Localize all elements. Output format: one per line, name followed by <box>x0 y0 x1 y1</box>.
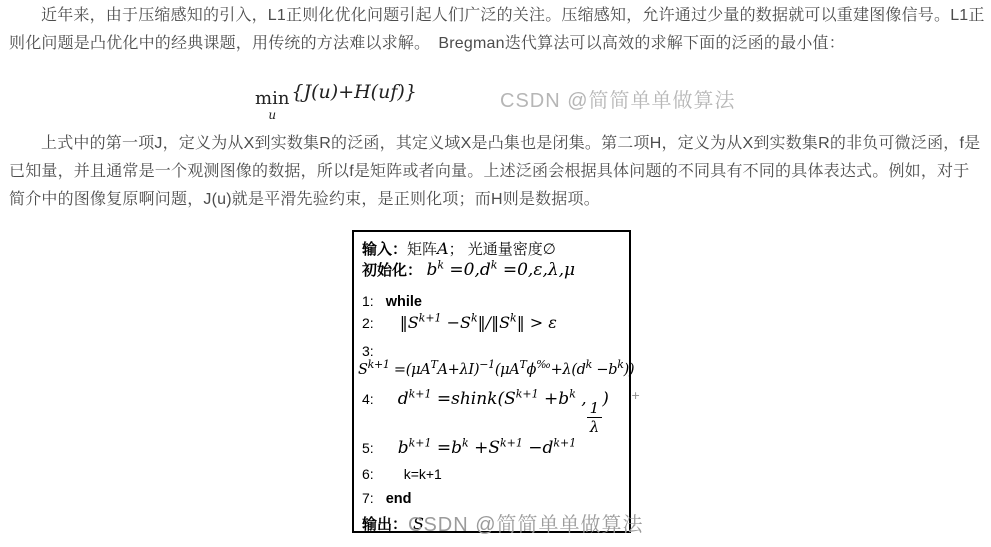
algo-line-4-number: 4: <box>362 391 374 407</box>
algo-input-variable: A <box>437 239 449 258</box>
algo-input-post: ； 光通量密度∅ <box>449 241 556 258</box>
algo-s-update-row: Sk+1 =(μATA+λI)−1(μATϕ‰+λ(dk −bk)) <box>358 361 634 379</box>
cursor-artifact: + <box>631 389 640 402</box>
formula-body: {J(u)+H(uf)} <box>291 81 416 103</box>
algo-input-row: 输入：矩阵A； 光通量密度∅ <box>362 238 556 259</box>
algo-k-increment: k=k+1 <box>404 466 442 482</box>
paragraph-explanation-line2: 已知量，并且通常是一个观测图像的数据，所以f是矩阵或者向量。上述泛函会根据具体问… <box>9 158 985 186</box>
paragraph-intro-line1: 近年来，由于压缩感知的引入，L1正则化优化问题引起人们广泛的关注。压缩感知，允许… <box>9 2 985 30</box>
paragraph-intro: 近年来，由于压缩感知的引入，L1正则化优化问题引起人们广泛的关注。压缩感知，允许… <box>9 2 985 58</box>
algo-input-label: 输入： <box>362 241 407 258</box>
algo-line-6-number: 6: <box>362 466 374 482</box>
algo-line-2-number: 2: <box>362 315 374 331</box>
min-subscript: u <box>268 109 276 121</box>
algo-init-row: 初始化： bk =0,dk =0,ε,λ,μ <box>362 259 575 280</box>
algo-line-3-number: 3: <box>362 343 374 359</box>
min-operator: min u <box>255 90 289 121</box>
paragraph-explanation-line3: 简介中的图像复原啊问题，J(u)就是平滑先验约束，是正则化项；而H则是数据项。 <box>9 186 985 214</box>
watermark-top: CSDN @简简单单做算法 <box>500 84 736 113</box>
algo-init-label: 初始化： <box>362 262 422 279</box>
paragraph-intro-line2: 则化问题是凸优化中的经典课题，用传统的方法难以求解。 Bregman迭代算法可以… <box>9 30 985 58</box>
algorithm-box: 输入：矩阵A； 光通量密度∅ 初始化： bk =0,dk =0,ε,λ,μ 1:… <box>352 230 631 533</box>
algo-line-1-number: 1: <box>362 293 374 309</box>
algo-b-update-math: bk+1 =bk +Sk+1 −dk+1 <box>398 438 577 458</box>
paragraph-explanation: 上式中的第一项J，定义为从X到实数集R的泛函，其定义域X是凸集也是闭集。第二项H… <box>9 130 985 214</box>
algo-d-update-math: dk+1 =shink(Sk+1 +bk ,1λ) <box>398 389 609 409</box>
algo-output-label: 输出： <box>362 516 407 533</box>
algo-input-pre: 矩阵 <box>407 241 437 258</box>
algo-line-2: 2:‖Sk+1 −Sk‖/‖Sk‖ > ε <box>362 313 557 333</box>
algo-line-4: 4:dk+1 =shink(Sk+1 +bk ,1λ) <box>362 389 609 437</box>
watermark-box: CSDN @简简单单做算法 <box>408 508 644 537</box>
algo-line-1: 1:while <box>362 293 422 311</box>
algo-line-5-number: 5: <box>362 440 374 456</box>
algo-end-keyword: end <box>386 491 412 507</box>
algo-line-6: 6:k=k+1 <box>362 466 442 484</box>
algo-init-math: bk =0,dk =0,ε,λ,μ <box>426 260 575 280</box>
min-word: min <box>255 90 289 108</box>
algo-line-7-number: 7: <box>362 490 374 506</box>
algo-convergence-condition: ‖Sk+1 −Sk‖/‖Sk‖ > ε <box>400 313 557 332</box>
algo-line-7: 7:end <box>362 490 411 508</box>
paragraph-explanation-line1: 上式中的第一项J，定义为从X到实数集R的泛函，其定义域X是凸集也是闭集。第二项H… <box>9 130 985 158</box>
algo-line-5: 5:bk+1 =bk +Sk+1 −dk+1 <box>362 438 576 458</box>
min-functional-formula: min u {J(u)+H(uf)} <box>255 81 417 121</box>
algo-s-update-math: Sk+1 =(μATA+λI)−1(μATϕ‰+λ(dk −bk)) <box>358 362 634 378</box>
algo-while-keyword: while <box>386 294 422 310</box>
